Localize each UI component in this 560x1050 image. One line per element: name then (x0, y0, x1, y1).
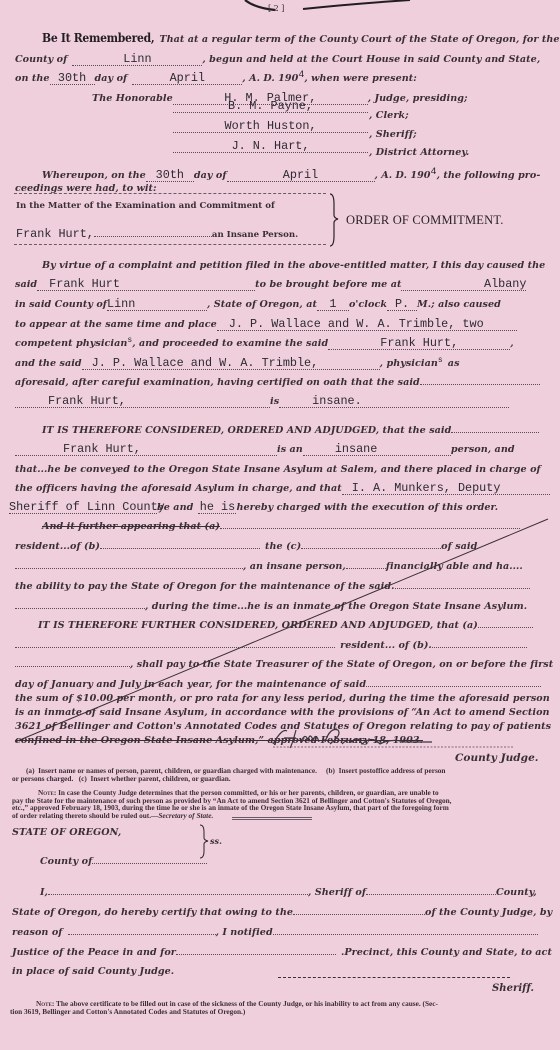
county-judge-title: County Judge. (455, 752, 539, 764)
da-line: J. N. Hart, (173, 138, 368, 153)
clerk-name-field: B. M. Payne, (228, 99, 313, 113)
struck-line-7: resident... of (b). (15, 633, 540, 652)
order-title: ORDER OF COMMITMENT. (346, 213, 504, 228)
struck-line-5: , during the time...he is an inmate of t… (15, 594, 540, 613)
caption-person-name: Frank Hurt, (16, 227, 94, 241)
month-field: April (170, 71, 205, 85)
cert-line-5: in place of said County Judge. (12, 959, 540, 978)
body-line-8: Frank Hurt,isinsane. (15, 389, 540, 408)
adjudged-line-1: IT IS THEREFORE CONSIDERED, ORDERED AND … (42, 418, 540, 437)
document-page: [ 2 ] Be It Remembered, That at a regula… (0, 0, 560, 1050)
body-line-7: aforesaid, after careful examination, ha… (15, 370, 540, 389)
cert-line-1: I,, Sheriff ofCounty, (40, 880, 540, 899)
struck-line-1: And it further appearing that (a) (42, 514, 540, 533)
struck-line-3: , an insane person,financially able and … (15, 554, 540, 573)
adjudged-line-3: that...he be conveyed to the Oregon Stat… (15, 457, 540, 476)
cert-county-line: County of (40, 849, 207, 868)
body-line-1: By virtue of a complaint and petition fi… (42, 253, 540, 272)
body-line-5: competent physicians, and proceeded to e… (15, 331, 540, 350)
sheriff-name-field: Worth Huston, (224, 119, 316, 133)
struck-line-8: , shall pay to the State Treasurer of th… (15, 652, 540, 671)
body-line-4: to appear at the same time and placeJ. P… (15, 312, 540, 331)
cert-line-2: State of Oregon, do hereby certify that … (12, 900, 540, 919)
struck-line-4: the ability to pay the State of Oregon f… (15, 574, 540, 593)
case-caption-box: In the Matter of the Examination and Com… (14, 193, 326, 245)
body-line-6: and the saidJ. P. Wallace and W. A. Trim… (15, 351, 540, 370)
da-name-field: J. N. Hart, (232, 139, 310, 153)
adjudged-line-4: the officers having the aforesaid Asylum… (15, 476, 540, 495)
cert-line-3: reason of , I notified (12, 920, 540, 939)
preamble-title: Be It Remembered, (42, 31, 154, 45)
preamble-line-1: Be It Remembered, That at a regular term… (42, 27, 540, 46)
sheriff-signature-line (278, 977, 510, 978)
footnotes: (a) Insert name or names of person, pare… (12, 767, 542, 820)
county-field: Linn (123, 52, 151, 66)
final-note: Note: The above certificate to be filled… (10, 1000, 550, 1015)
divider (232, 817, 312, 820)
struck-line-13: confined in the Oregon State Insane Asyl… (15, 728, 540, 747)
body-line-2: saidFrank Hurtto be brought before me at… (15, 272, 540, 291)
sheriff-title: Sheriff. (492, 983, 534, 994)
preamble-line-3: on the30thday of April, A. D. 1904, when… (15, 66, 540, 85)
cert-line-4: Justice of the Peace in and for .Precinc… (12, 940, 540, 959)
ss-label: ss. (210, 836, 222, 846)
body-line-3: in said County ofLinn, State of Oregon, … (15, 292, 540, 311)
state-of-oregon: STATE OF OREGON, (12, 827, 121, 838)
struck-line-2: resident...of (b) the (c)of said (15, 534, 540, 553)
page-number: [ 2 ] (268, 4, 284, 13)
clerk-line: B. M. Payne, (173, 98, 368, 113)
adjudged-line-2: Frank Hurt,is aninsaneperson, and (15, 437, 540, 456)
preamble-line-2: County of Linn, begun and held at the Co… (15, 47, 540, 66)
struck-line-6: IT IS THEREFORE FURTHER CONSIDERED, ORDE… (38, 613, 540, 632)
day-field: 30th (58, 71, 86, 85)
adjudged-line-5: Sheriff of Linn Countybe and he ishereby… (9, 495, 540, 514)
sheriff-line: Worth Huston, (173, 118, 368, 133)
